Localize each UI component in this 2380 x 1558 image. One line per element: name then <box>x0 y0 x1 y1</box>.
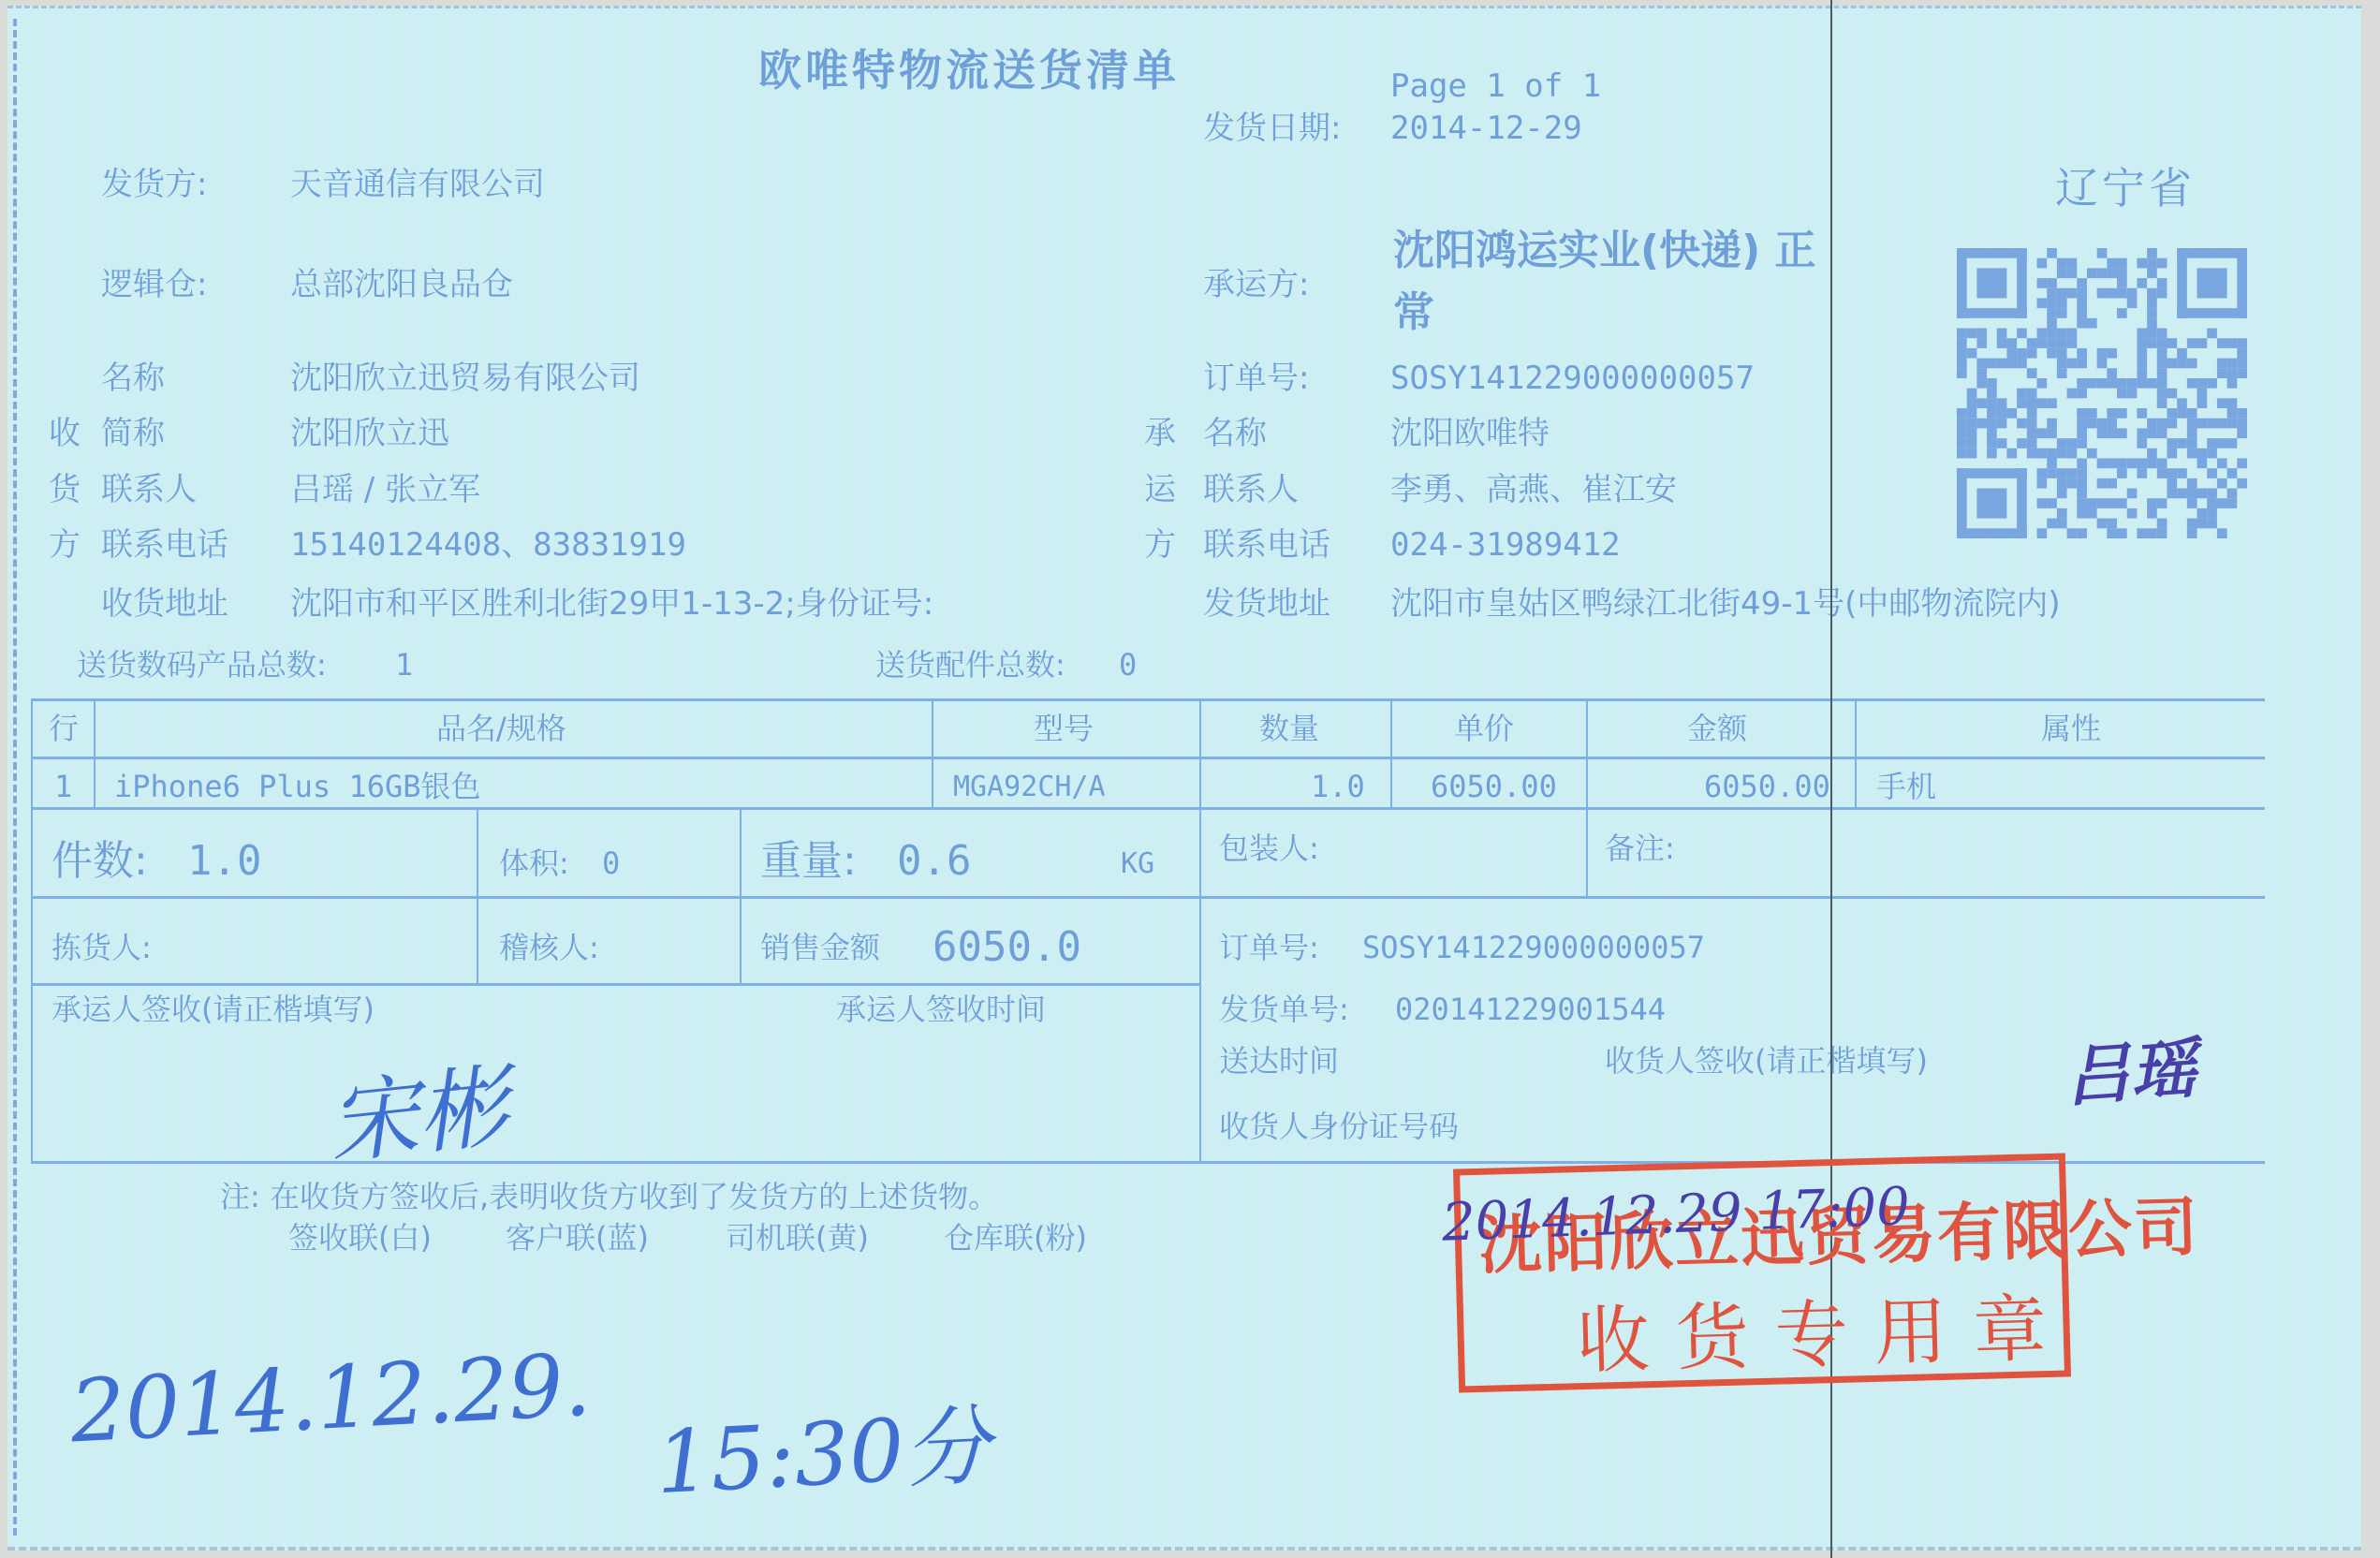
consignee-name-label: 名称 <box>101 362 165 394</box>
col-header-unit-price: 单价 <box>1454 713 1514 743</box>
document-title: 欧唯特物流送货清单 <box>758 49 1180 92</box>
perforation-bottom <box>7 1547 2361 1551</box>
col-divider <box>932 698 933 807</box>
col-divider <box>1390 698 1392 807</box>
sales-amount: 6050.0 <box>933 927 1081 968</box>
copy-label-pink: 仓库联(粉) <box>944 1223 1087 1253</box>
cell-product-name: iPhone6 Plus 16GB银色 <box>114 772 481 801</box>
warehouse-value: 总部沈阳良品仓 <box>290 269 513 301</box>
carrier-sign-label: 承运人签收(请正楷填写) <box>51 994 375 1024</box>
carrier-side-label-2: 运 <box>1144 474 1176 506</box>
accessory-total-label: 送货配件总数: <box>875 650 1065 680</box>
ship-date: 2014-12-29 <box>1390 112 1582 144</box>
sales-amount-label: 销售金额 <box>760 933 880 963</box>
cell-model: MGA92CH/A <box>953 773 1106 801</box>
shipper-label: 发货方: <box>101 169 207 200</box>
cell-attribute: 手机 <box>1876 772 1936 801</box>
weight-value: 0.6 <box>897 841 971 882</box>
carrier-signature: 宋彬 <box>321 1035 513 1181</box>
weight-unit: KG <box>1121 850 1154 878</box>
table-header-divider <box>31 757 2265 759</box>
cell-amount: 6050.00 <box>1704 772 1830 801</box>
remarks-label: 备注: <box>1605 833 1675 863</box>
carrier-contact: 李勇、高燕、崔江安 <box>1390 474 1677 506</box>
perforation-top <box>7 6 2361 8</box>
receiver-signature: 吕瑶 <box>2062 1016 2199 1120</box>
col-divider <box>94 698 95 807</box>
perforation-left <box>13 19 17 1536</box>
carrier-side-label-3: 方 <box>1144 529 1176 561</box>
consignee-short-name: 沈阳欣立迅 <box>290 418 449 449</box>
carrier-address: 沈阳市皇姑区鸭绿江北街49-1号(中邮物流院内) <box>1390 588 2061 620</box>
col-divider <box>477 807 478 983</box>
footer-note: 注: 在收货方签收后,表明收货方收到了发货方的上述货物。 <box>220 1182 998 1212</box>
signoff-order-no: SOSY141229000000057 <box>1362 933 1705 963</box>
order-no: SOSY141229000000057 <box>1390 362 1755 394</box>
packer-label: 包装人: <box>1219 833 1319 863</box>
warehouse-label: 逻辑仓: <box>101 269 207 301</box>
col-divider <box>1199 698 1201 1163</box>
col-header-name: 品名/规格 <box>436 713 566 743</box>
consignee-name: 沈阳欣立迅贸易有限公司 <box>290 362 640 394</box>
col-header-attribute: 属性 <box>2041 713 2101 743</box>
ship-date-label: 发货日期: <box>1203 112 1341 144</box>
copy-label-white: 签收联(白) <box>288 1223 432 1253</box>
province-label: 辽宁省 <box>2055 167 2196 210</box>
consignee-short-label: 简称 <box>101 418 165 449</box>
consignee-phone: 15140124408、83831919 <box>290 529 686 561</box>
carrier-company-label: 承运方: <box>1203 269 1309 301</box>
arrival-time-label: 送达时间 <box>1219 1046 1339 1076</box>
digital-total: 1 <box>395 650 413 680</box>
carrier-address-label: 发货地址 <box>1203 588 1330 620</box>
col-header-qty: 数量 <box>1259 713 1319 743</box>
summary-divider <box>31 983 1199 986</box>
delivery-no-label: 发货单号: <box>1219 994 1349 1024</box>
volume-value: 0 <box>602 848 620 878</box>
consignee-side-label-2: 货 <box>49 474 81 506</box>
checker-label: 稽核人: <box>499 933 599 963</box>
picker-label: 拣货人: <box>51 933 152 963</box>
carrier-company-value-line2: 常 <box>1393 292 1434 333</box>
page-indicator: Page 1 of 1 <box>1390 70 1601 102</box>
receiver-id-label: 收货人身份证号码 <box>1219 1111 1459 1141</box>
cell-unit-price: 6050.00 <box>1431 772 1557 801</box>
receiver-sign-label: 收货人签收(请正楷填写) <box>1605 1046 1928 1076</box>
consignee-contact: 吕瑶 / 张立军 <box>290 474 480 506</box>
form-left-border <box>31 698 33 1163</box>
pieces-label: 件数: <box>51 841 148 882</box>
consignee-side-label-1: 收 <box>49 418 81 449</box>
volume-label: 体积: <box>499 848 569 878</box>
carrier-side-label-1: 承 <box>1144 418 1176 449</box>
order-no-label: 订单号: <box>1203 362 1309 394</box>
pieces-value: 1.0 <box>187 841 261 882</box>
col-divider <box>1855 698 1857 807</box>
handwritten-receipt-time: 15:30分 <box>653 1377 993 1519</box>
carrier-name: 沈阳欧唯特 <box>1390 418 1550 449</box>
weight-label: 重量: <box>760 841 857 882</box>
carrier-contact-label: 联系人 <box>1203 474 1299 506</box>
qr-code-icon <box>1957 248 2247 538</box>
copy-label-yellow: 司机联(黄) <box>726 1223 869 1253</box>
consignee-address-label: 收货地址 <box>101 588 228 620</box>
carrier-phone: 024-31989412 <box>1390 529 1621 561</box>
consignee-address: 沈阳市和平区胜利北街29甲1-13-2;身份证号: <box>290 588 933 620</box>
table-bottom-border <box>31 807 2265 810</box>
carrier-name-label: 名称 <box>1203 418 1267 449</box>
carrier-sign-time-label: 承运人签收时间 <box>836 994 1046 1024</box>
carrier-company-value-line1: 沈阳鸿运实业(快递) 正 <box>1393 230 1816 272</box>
consignee-side-label-3: 方 <box>49 529 81 561</box>
signoff-order-label: 订单号: <box>1219 933 1319 963</box>
digital-total-label: 送货数码产品总数: <box>77 650 327 680</box>
col-divider <box>740 807 742 983</box>
consignee-phone-label: 联系电话 <box>101 529 228 561</box>
accessory-total: 0 <box>1119 650 1137 680</box>
cell-qty: 1.0 <box>1311 772 1365 801</box>
summary-divider <box>31 896 2265 899</box>
stamp-purpose: 收货专用章 <box>1575 1270 2074 1388</box>
col-header-row: 行 <box>49 713 79 743</box>
cell-row-no: 1 <box>54 772 72 801</box>
copy-label-blue: 客户联(蓝) <box>506 1223 649 1253</box>
col-header-amount: 金额 <box>1687 713 1747 743</box>
consignee-contact-label: 联系人 <box>101 474 197 506</box>
col-divider <box>1586 698 1588 896</box>
table-top-border <box>31 698 2265 701</box>
col-header-model: 型号 <box>1034 713 1094 743</box>
delivery-no: 020141229001544 <box>1395 994 1666 1024</box>
shipper-value: 天音通信有限公司 <box>290 169 545 200</box>
carrier-phone-label: 联系电话 <box>1203 529 1330 561</box>
